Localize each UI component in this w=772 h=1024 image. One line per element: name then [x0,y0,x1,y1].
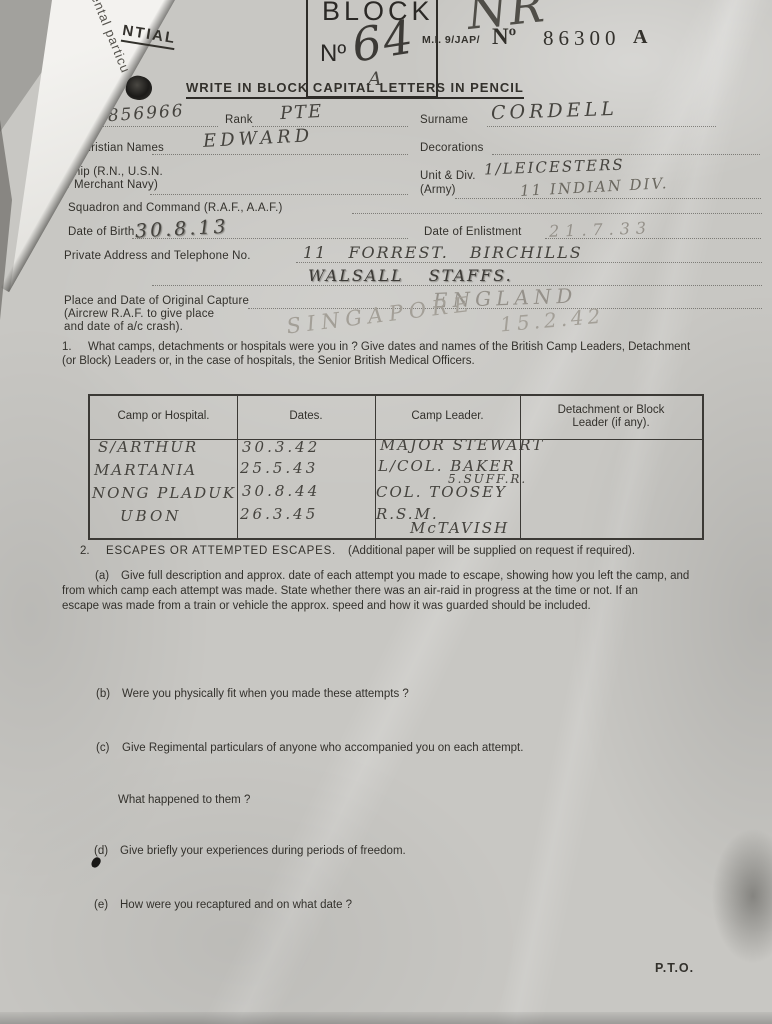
page-bottom-edge [0,1012,772,1024]
capture-label-line3: and date of a/c crash). [64,321,183,333]
unit-value-line2: 11 INDIAN DIV. [520,174,669,200]
scan-shadow [698,806,772,986]
table-row-date: 26.3.45 [240,505,318,523]
camp-table: Camp or Hospital. Dates. Camp Leader. De… [88,394,704,540]
section2b-question: (b)Were you physically fit when you made… [96,688,409,700]
ship-line [150,194,408,195]
pow-questionnaire-form: NR BLOCK Nº 64 A M.I. 9/JAP/ Nº 86300 A … [0,0,772,1024]
table-row-camp: S/ARTHUR [98,438,198,456]
table-row-date: 25.5.43 [240,459,318,477]
date-of-enlistment-label: Date of Enlistment [424,226,522,238]
surname-value: CORDELL [491,98,618,124]
section2c-followup: What happened to them ? [118,794,250,806]
table-row-camp: MARTANIA [94,461,197,479]
question1-line1: 1.What camps, detachments or hospitals w… [62,341,690,353]
table-row-leader: COL. TOOSEY [376,483,507,501]
section2-number: 2. [80,545,106,557]
service-number-line [90,126,218,127]
rank-value: PTE [279,101,323,124]
serial-number: 86300 [543,26,621,51]
christian-names-line [152,154,408,155]
section2a-label: (a) [95,570,121,582]
ink-blob [90,856,102,869]
section2b-label: (b) [96,688,122,700]
section2d-question: (d)Give briefly your experiences during … [94,845,406,857]
section2e-question: (e)How were you recaptured and on what d… [94,899,352,911]
table-header-dates: Dates. [237,410,375,422]
surname-line [487,126,716,127]
table-header-camp: Camp or Hospital. [90,410,237,422]
address-label: Private Address and Telephone No. [64,250,251,262]
capture-place-value: SINGAPORE [285,292,476,339]
section2c-label: (c) [96,742,122,754]
capture-label-line1: Place and Date of Original Capture [64,295,249,307]
surname-label: Surname [420,114,468,126]
decorations-line [492,154,760,155]
unit-label-line2: (Army) [420,184,456,196]
section2d-label: (d) [94,845,120,857]
question1-line2: (or Block) Leaders or, in the case of ho… [62,355,475,367]
address-value-line2: WALSALL STAFFS. [308,266,513,285]
section2e-label: (e) [94,899,120,911]
christian-names-value: EDWARD [203,125,314,152]
section2-heading: 2.ESCAPES OR ATTEMPTED ESCAPES.(Addition… [80,545,635,557]
address-line1 [296,262,762,263]
serial-no-label: Nº [492,24,516,50]
table-header-detachment-line1: Detachment or Block [520,404,702,416]
unit-value-line1: 1/LEICESTERS [484,156,625,179]
unit-label-line1: Unit & Div. [420,170,476,182]
capture-label-line2: (Aircrew R.A.F. to give place [64,308,214,320]
table-header-detachment-line2: Leader (if any). [520,417,702,429]
ship-label-line1: Ship (R.N., U.S.N. [66,166,163,178]
department-reference: M.I. 9/JAP/ [422,34,480,46]
block-no-label: Nº [320,40,346,68]
table-row-leader: MAJOR STEWART [380,436,544,454]
date-of-birth-label: Date of Birth [68,226,135,238]
address-line2 [152,285,762,286]
rank-label: Rank [225,114,253,126]
section2c-question: (c)Give Regimental particulars of anyone… [96,742,523,754]
squadron-label: Squadron and Command (R.A.F., A.A.F.) [68,202,283,214]
serial-suffix: A [633,26,648,49]
page-turn-over: P.T.O. [655,961,694,975]
section2a-line3: escape was made from a train or vehicle … [62,600,591,612]
ship-label-line2: or Merchant Navy) [60,179,158,191]
question1-number: 1. [62,341,88,353]
table-row-date: 30.8.44 [242,482,320,500]
table-row-date: 30.3.42 [242,438,320,456]
address-value-line1: 11 FORREST. BIRCHILLS [303,243,583,262]
date-of-enlistment-value: 21.7.33 [549,218,653,241]
decorations-label: Decorations [420,142,484,154]
form-instruction: WRITE IN BLOCK CAPITAL LETTERS IN PENCIL [186,80,524,99]
section2a-line2: from which camp each attempt was made. S… [62,585,638,597]
block-number-value: 64 [348,9,418,72]
table-row-camp: UBON [120,507,181,525]
unit-line [455,198,761,199]
table-header-leader: Camp Leader. [375,410,520,422]
squadron-line [352,213,762,214]
table-row-leader-extra: McTAVISH [410,519,509,537]
table-row-camp: NONG PLADUK [92,484,236,502]
section2a-line1: (a)Give full description and approx. dat… [95,570,689,582]
